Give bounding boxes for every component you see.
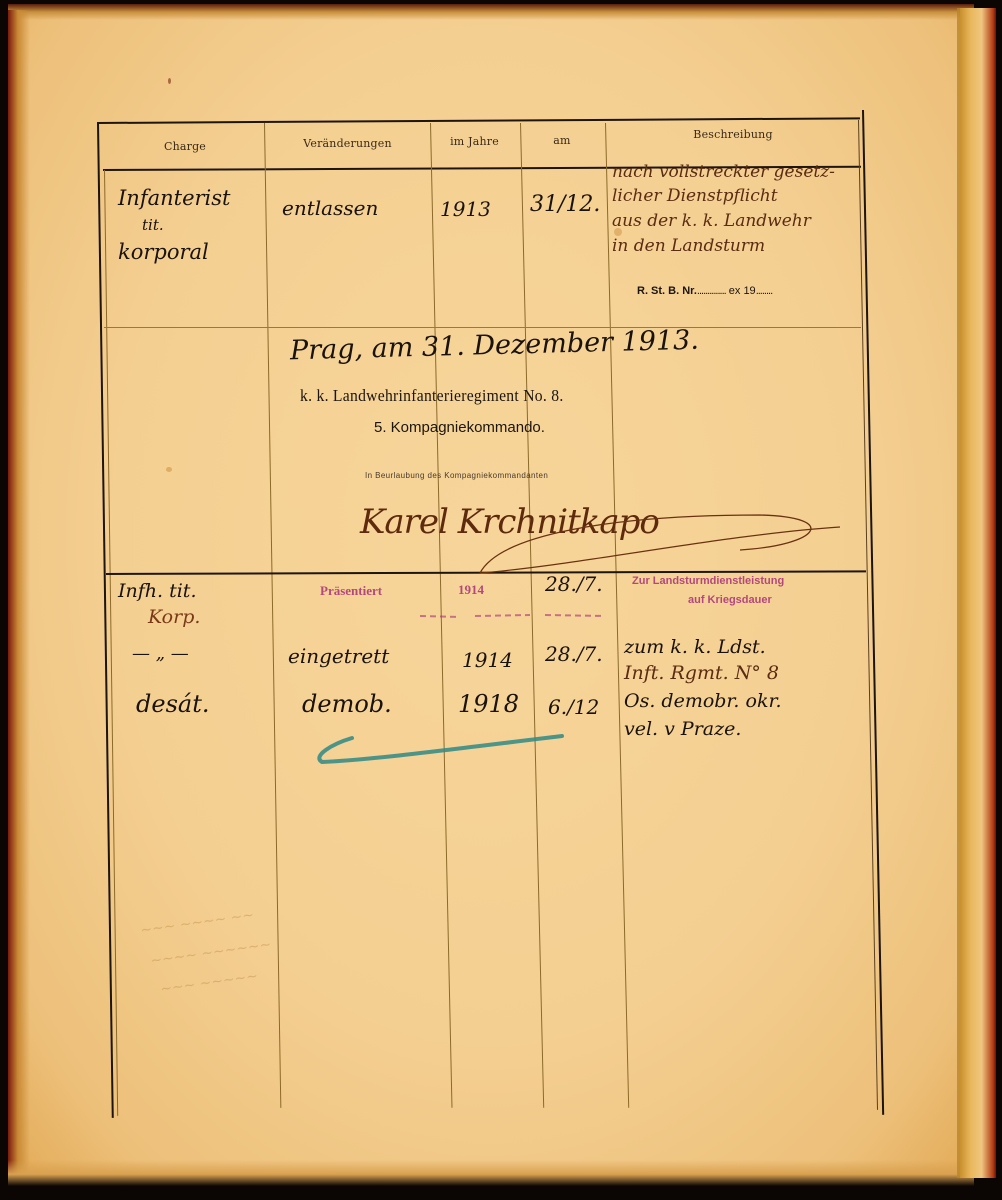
rstb-label: R. St. B. Nr. bbox=[637, 285, 697, 297]
page-fold bbox=[957, 8, 960, 1178]
regiment-stamp-line2: 5. Kompagniekommando. bbox=[374, 419, 545, 436]
entry4-description-line2: vel. v Praze. bbox=[624, 718, 741, 740]
header-charge: Charge bbox=[120, 140, 250, 153]
header-year: im Jahre bbox=[432, 135, 517, 148]
entry4-charge: desát. bbox=[136, 690, 209, 718]
entry1-charge-line2: tit. bbox=[142, 216, 164, 234]
entry4-year: 1918 bbox=[458, 690, 519, 718]
landsturm-stamp-line1: Zur Landsturmdienstleistung bbox=[632, 575, 784, 587]
page-edge-left bbox=[8, 10, 30, 1180]
year-stamp-1914: 1914 bbox=[458, 582, 484, 598]
entry4-date: 6./12 bbox=[548, 695, 599, 719]
entry3-description-line2: Inft. Rgmt. N° 8 bbox=[624, 662, 779, 684]
presented-stamp: Präsentiert bbox=[320, 583, 382, 599]
entry1-description-line1: nach vollstreckter gesetz- bbox=[612, 162, 835, 182]
entry4-description-line1: Os. demobr. okr. bbox=[624, 690, 782, 712]
entry2-date: 28./7. bbox=[545, 572, 603, 596]
header-description: Beschreibung bbox=[608, 128, 858, 141]
entry3-charge-ditto: — „ — bbox=[132, 643, 189, 664]
entry1-description-line3: aus der k. k. Landwehr bbox=[612, 211, 811, 231]
adjacent-page-edge bbox=[960, 8, 996, 1178]
row-rule-entry1 bbox=[104, 327, 861, 328]
ex-label: ex 19 bbox=[729, 285, 756, 297]
teal-closing-stroke bbox=[312, 730, 572, 770]
entry1-year: 1913 bbox=[440, 197, 491, 221]
entry2-charge-line2: Korp. bbox=[148, 606, 200, 628]
stamp-underline-smear bbox=[420, 610, 620, 622]
entry1-change: entlassen bbox=[282, 196, 378, 220]
entry1-description-line4: in den Landsturm bbox=[612, 236, 765, 256]
page-edge-bottom bbox=[8, 1160, 974, 1186]
regiment-stamp-line1: k. k. Landwehrinfanterieregiment No. 8. bbox=[300, 386, 564, 406]
entry3-description-line1: zum k. k. Ldst. bbox=[624, 636, 766, 658]
landsturm-stamp-line2: auf Kriegsdauer bbox=[688, 594, 772, 606]
entry3-year: 1914 bbox=[462, 648, 513, 672]
signature-flourish bbox=[460, 495, 940, 585]
ex-dots: ........ bbox=[756, 285, 772, 297]
header-changes: Veränderungen bbox=[270, 137, 425, 150]
header-day: am bbox=[522, 134, 602, 147]
entry2-charge-line1: Infh. tit. bbox=[118, 580, 196, 602]
entry3-change: eingetrett bbox=[288, 644, 389, 668]
rstb-dots: .............. bbox=[697, 285, 726, 297]
entry1-date: 31/12. bbox=[530, 192, 600, 217]
entry1-description-line2: licher Dienstpflicht bbox=[612, 186, 778, 206]
entry3-date: 28./7. bbox=[545, 642, 603, 666]
stamp-small-line: In Beurlaubung des Kompagniekommandanten bbox=[365, 471, 548, 480]
entry1-charge-line3: korporal bbox=[118, 240, 209, 264]
page-edge-top bbox=[8, 4, 974, 20]
stain bbox=[166, 467, 172, 472]
rstb-number-label: R. St. B. Nr............... ex 19.......… bbox=[637, 285, 772, 297]
stain bbox=[168, 78, 171, 84]
entry4-change: demob. bbox=[302, 690, 392, 718]
entry1-charge-line1: Infanterist bbox=[118, 186, 230, 210]
